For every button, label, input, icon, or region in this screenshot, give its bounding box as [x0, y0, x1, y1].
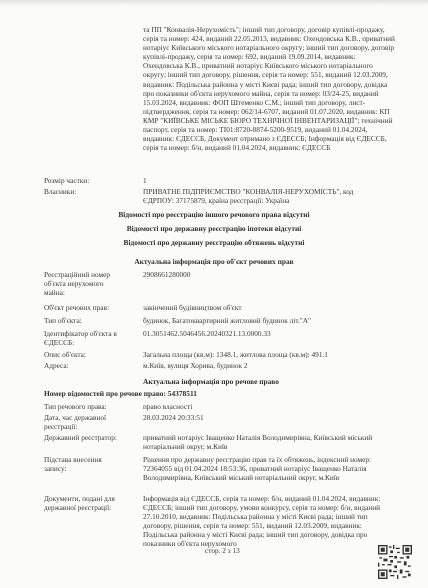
- basis-value: Рішення про державну реєстрацію прав та …: [143, 455, 396, 482]
- identifier-label: Ідентифікатор об'єкта в ЄДЕССБ:: [44, 329, 130, 347]
- notice-other-rights: Відомості про реєстрацію іншого речового…: [0, 210, 428, 219]
- reg-number-label: Реєстраційний номер об'єкта нерухомого м…: [44, 270, 126, 297]
- basis-label: Підстава внесення запису:: [44, 455, 120, 473]
- owners-label: Власники:: [44, 187, 132, 196]
- notice-encumbrances: Відомості про державну реєстрацію обтяже…: [0, 238, 428, 247]
- object-type-value: будинок, Багатоквартирний житловий будин…: [143, 316, 396, 325]
- registrar-value: приватний нотаріус Іващенко Наталія Воло…: [143, 433, 396, 451]
- right-section-title: Актуальна інформація про речове право: [143, 377, 279, 386]
- address-value: м.Київ, вулиця Хорива, будинок 2: [143, 361, 396, 370]
- owners-value: ПРИВАТНЕ ПІДПРИЄМСТВО "КОНВАЛІЯ-НЕРУХОМІ…: [143, 187, 383, 205]
- documents-label: Документи, подані для державної реєстрац…: [44, 494, 130, 512]
- continuation-text: та ПП "Конвалія-Нерухомість"; інший тип …: [143, 25, 395, 152]
- reg-date-value: 28.03.2024 20:33:51: [143, 413, 396, 422]
- identifier-value: 01.3051462.5046456.20240321.13.0000.33: [143, 329, 396, 338]
- page-number: стор. 2 з 13: [205, 546, 240, 555]
- object-section-title: Актуальна інформація про об'єкт речових …: [0, 257, 428, 266]
- right-record-number: Номер відомостей про речове право: 54378…: [44, 389, 197, 398]
- right-type-label: Тип речового права:: [44, 402, 132, 411]
- object-type-label: Тип об'єкта:: [44, 316, 132, 325]
- address-label: Адреса:: [44, 361, 132, 370]
- description-value: Загальна площа (кв.м): 1348.1, житлова п…: [143, 350, 396, 359]
- reg-date-label: Дата, час державної реєстрації:: [44, 413, 122, 431]
- documents-value: Інформація від ЄДЕССБ, серія та номер: б…: [143, 494, 396, 549]
- registrar-label: Державний реєстратор:: [44, 433, 132, 442]
- description-label: Опис об'єкта:: [44, 350, 132, 359]
- reg-number-value: 2908661280000: [143, 270, 396, 279]
- share-size-label: Розмір частки:: [44, 176, 132, 185]
- qr-code-icon: [378, 545, 412, 579]
- notice-mortgage: Відомості про державну реєстрацію іпотек…: [0, 224, 428, 233]
- object-label: Об'єкт речових прав:: [44, 303, 132, 312]
- object-value: закінчений будівництвом об'єкт: [143, 303, 396, 312]
- share-size-value: 1: [143, 176, 396, 185]
- right-type-value: право власності: [143, 402, 396, 411]
- document-page: та ПП "Конвалія-Нерухомість"; інший тип …: [0, 0, 428, 588]
